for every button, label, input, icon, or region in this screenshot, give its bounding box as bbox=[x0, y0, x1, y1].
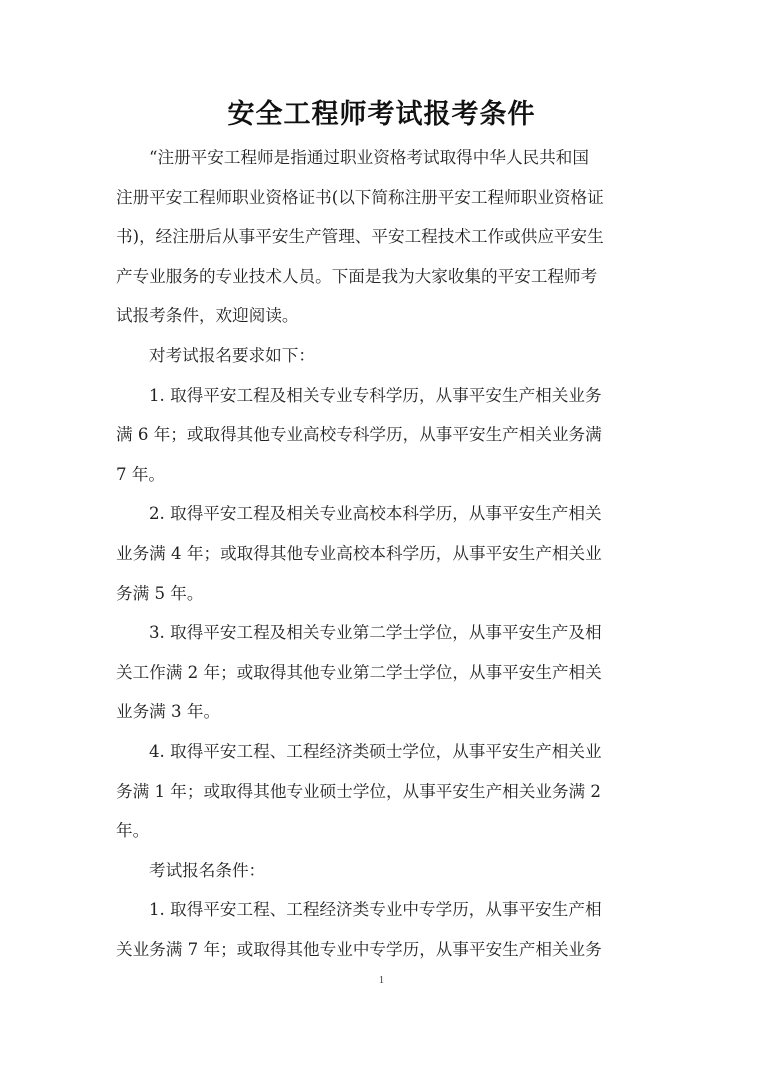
page-number: 1 bbox=[0, 975, 763, 986]
text-line: 注册平安工程师职业资格证书(以下简称注册平安工程师职业资格证 bbox=[116, 178, 652, 218]
list-item-start: 4. 取得平安工程、工程经济类硕士学位，从事平安生产相关业 bbox=[116, 732, 652, 772]
document-body: “注册平安工程师是指通过职业资格考试取得中华人民共和国 注册平安工程师职业资格证… bbox=[116, 138, 652, 969]
text-line: “注册平安工程师是指通过职业资格考试取得中华人民共和国 bbox=[116, 138, 652, 178]
text-line: 年。 bbox=[116, 811, 652, 851]
text-line: 试报考条件，欢迎阅读。 bbox=[116, 296, 652, 336]
text-line: 业务满 4 年；或取得其他专业高校本科学历，从事平安生产相关业 bbox=[116, 534, 652, 574]
document-title: 安全工程师考试报考条件 bbox=[0, 92, 763, 131]
text-line: 务满 5 年。 bbox=[116, 574, 652, 614]
section-heading: 考试报名条件： bbox=[116, 851, 652, 891]
text-line: 7 年。 bbox=[116, 455, 652, 495]
text-line: 关工作满 2 年；或取得其他专业第二学士学位，从事平安生产相关 bbox=[116, 653, 652, 693]
text-line: 关业务满 7 年；或取得其他专业中专学历，从事平安生产相关业务 bbox=[116, 930, 652, 970]
text-line: 务满 1 年；或取得其他专业硕士学位，从事平安生产相关业务满 2 bbox=[116, 772, 652, 812]
document-page: 安全工程师考试报考条件 “注册平安工程师是指通过职业资格考试取得中华人民共和国 … bbox=[0, 0, 763, 1080]
section-heading: 对考试报名要求如下： bbox=[116, 336, 652, 376]
list-item-start: 1. 取得平安工程、工程经济类专业中专学历，从事平安生产相 bbox=[116, 890, 652, 930]
text-line: 产专业服务的专业技术人员。下面是我为大家收集的平安工程师考 bbox=[116, 257, 652, 297]
list-item-start: 2. 取得平安工程及相关专业高校本科学历，从事平安生产相关 bbox=[116, 494, 652, 534]
text-line: 业务满 3 年。 bbox=[116, 692, 652, 732]
list-item-start: 3. 取得平安工程及相关专业第二学士学位，从事平安生产及相 bbox=[116, 613, 652, 653]
text-line: 满 6 年；或取得其他专业高校专科学历，从事平安生产相关业务满 bbox=[116, 415, 652, 455]
list-item-start: 1. 取得平安工程及相关专业专科学历，从事平安生产相关业务 bbox=[116, 376, 652, 416]
text-line: 书)，经注册后从事平安生产管理、平安工程技术工作或供应平安生 bbox=[116, 217, 652, 257]
